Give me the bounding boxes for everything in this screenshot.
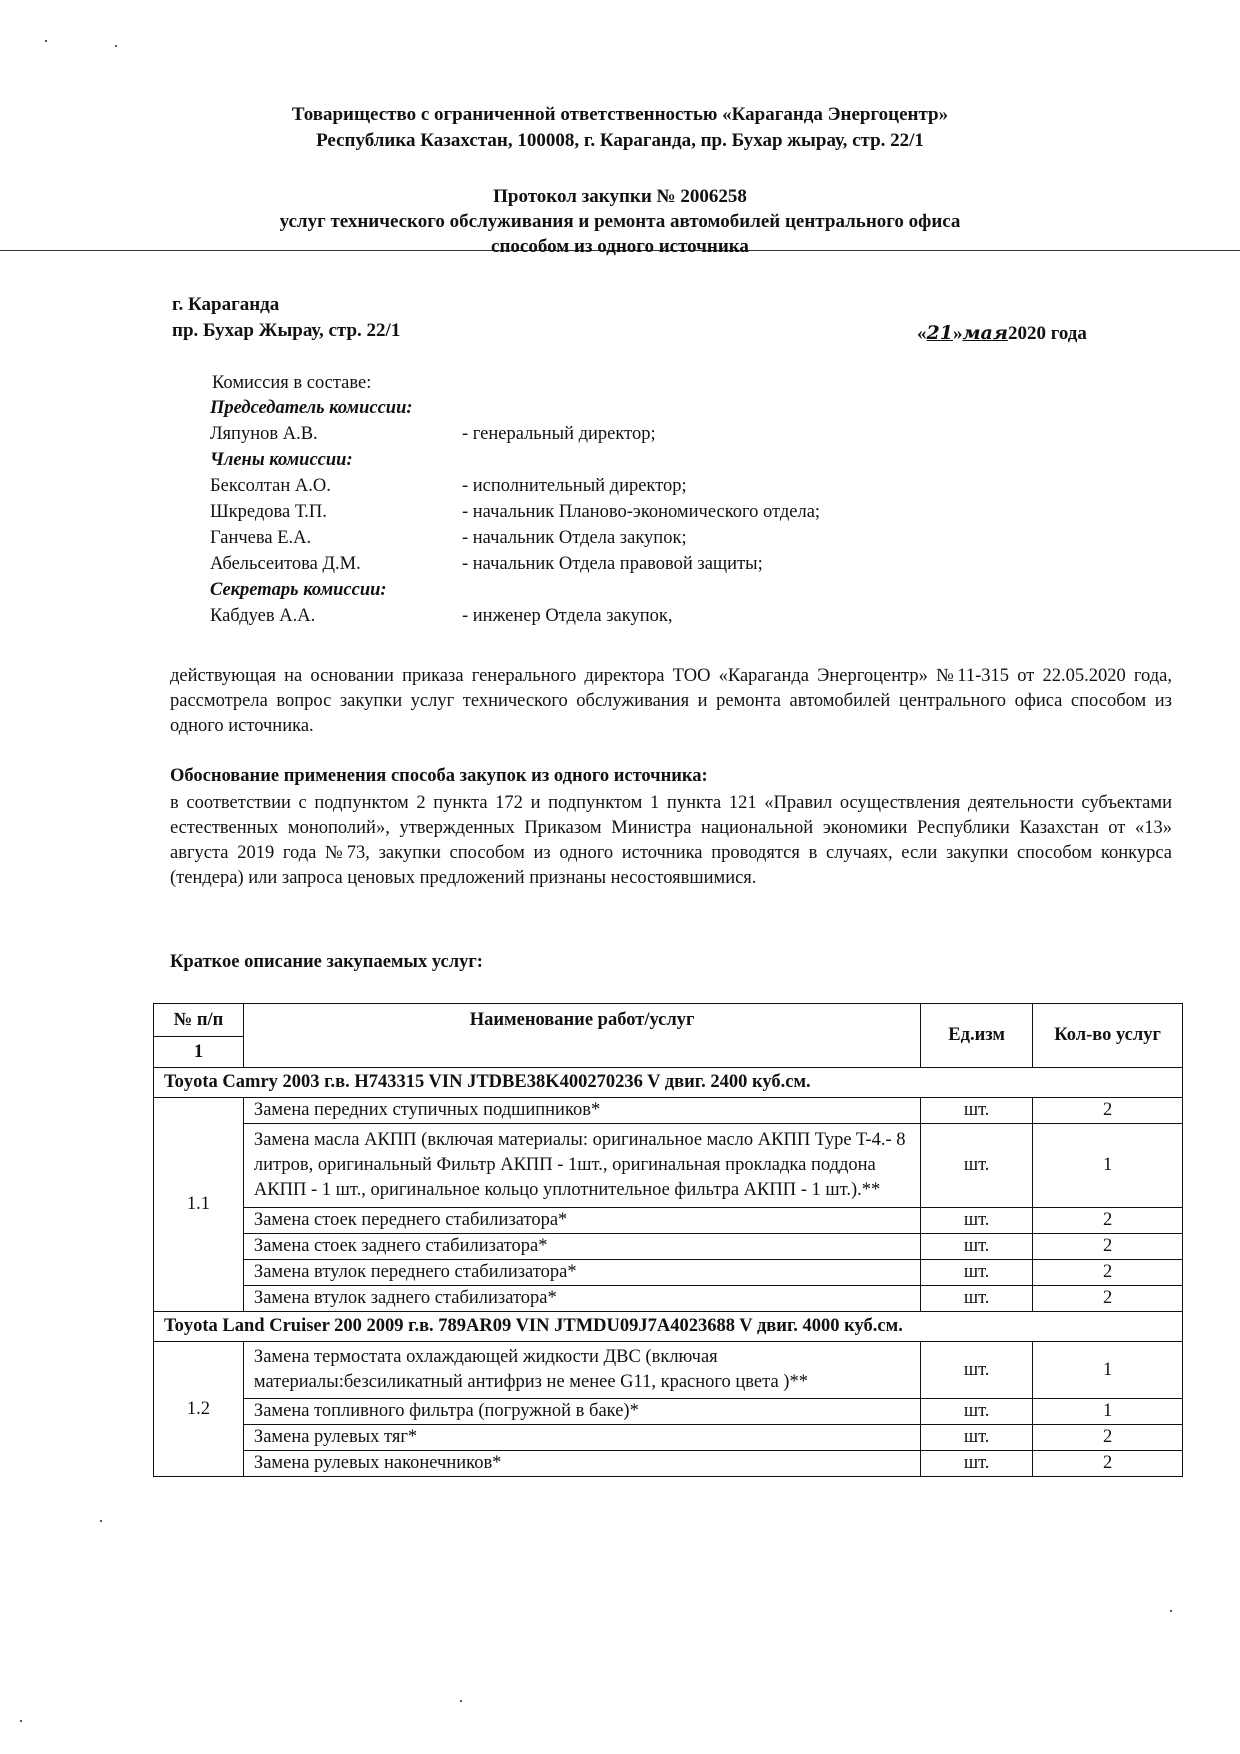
service-qty: 2	[1033, 1286, 1183, 1312]
justification-text: в соответствии с подпунктом 2 пункта 172…	[170, 791, 1172, 891]
service-qty: 2	[1033, 1260, 1183, 1286]
table-row: 1.1 Замена передних ступичных подшипнико…	[154, 1098, 1183, 1124]
service-unit: шт.	[921, 1260, 1033, 1286]
secretary-name: Кабдуев А.А.	[210, 606, 315, 627]
member-role: - начальник Отдела закупок;	[462, 528, 687, 549]
member-role: - исполнительный директор;	[462, 476, 687, 497]
service-unit: шт.	[921, 1098, 1033, 1124]
secretary-role: - инженер Отдела закупок,	[462, 606, 672, 627]
member-role: - начальник Отдела правовой защиты;	[462, 554, 763, 575]
services-table: № п/п Наименование работ/услуг Ед.изм Ко…	[153, 1003, 1183, 1477]
service-unit: шт.	[921, 1451, 1033, 1477]
service-unit: шт.	[921, 1208, 1033, 1234]
table-row: Замена стоек переднего стабилизатора* шт…	[154, 1208, 1183, 1234]
table-row: Замена рулевых наконечников* шт. 2	[154, 1451, 1183, 1477]
justification-heading: Обоснование применения способа закупок и…	[170, 766, 708, 787]
service-name: Замена термостата охлаждающей жидкости Д…	[243, 1342, 920, 1399]
service-unit: шт.	[921, 1342, 1033, 1399]
scan-speck	[460, 1700, 462, 1702]
service-unit: шт.	[921, 1124, 1033, 1208]
header-unit: Ед.изм	[921, 1004, 1033, 1068]
protocol-title: Протокол закупки № 2006258	[0, 186, 1240, 208]
service-unit: шт.	[921, 1234, 1033, 1260]
commission-intro: Комиссия в составе:	[212, 373, 371, 394]
member-name: Абельсеитова Д.М.	[210, 554, 361, 575]
commission-basis-paragraph: действующая на основании приказа генерал…	[170, 664, 1172, 739]
header-num-sub: 1	[154, 1037, 244, 1068]
service-unit: шт.	[921, 1399, 1033, 1425]
table-row: 1.2 Замена термостата охлаждающей жидкос…	[154, 1342, 1183, 1399]
protocol-date: «21»мая2020 года	[917, 322, 1087, 345]
header-qty: Кол-во услуг	[1033, 1004, 1183, 1068]
table-row: Замена топливного фильтра (погружной в б…	[154, 1399, 1183, 1425]
car-description: Toyota Land Cruiser 200 2009 г.в. 789AR0…	[154, 1312, 1183, 1342]
scan-speck	[45, 40, 47, 42]
scan-speck	[115, 45, 117, 47]
table-row: Замена стоек заднего стабилизатора* шт. …	[154, 1234, 1183, 1260]
car-row: Toyota Land Cruiser 200 2009 г.в. 789AR0…	[154, 1312, 1183, 1342]
service-name: Замена передних ступичных подшипников*	[243, 1098, 920, 1124]
car-row: Toyota Camry 2003 г.в. H743315 VIN JTDBE…	[154, 1068, 1183, 1098]
date-year: 2020 года	[1008, 323, 1087, 344]
place-city: г. Караганда	[172, 294, 279, 316]
service-name: Замена масла АКПП (включая материалы: ор…	[243, 1124, 920, 1208]
table-header-row: № п/п Наименование работ/услуг Ед.изм Ко…	[154, 1004, 1183, 1037]
scan-speck	[100, 1520, 102, 1522]
service-name: Замена стоек заднего стабилизатора*	[243, 1234, 920, 1260]
service-qty: 2	[1033, 1451, 1183, 1477]
member-name: Бексолтан А.О.	[210, 476, 331, 497]
group-number: 1.2	[154, 1342, 244, 1477]
service-unit: шт.	[921, 1286, 1033, 1312]
header-name: Наименование работ/услуг	[243, 1004, 920, 1068]
service-name: Замена стоек переднего стабилизатора*	[243, 1208, 920, 1234]
member-name: Шкредова Т.П.	[210, 502, 327, 523]
header-num: № п/п	[154, 1004, 244, 1037]
table-row: Замена рулевых тяг* шт. 2	[154, 1425, 1183, 1451]
table-row: Замена масла АКПП (включая материалы: ор…	[154, 1124, 1183, 1208]
chair-label: Председатель комиссии:	[210, 398, 413, 419]
scan-speck	[1170, 1610, 1172, 1612]
scan-speck	[20, 1720, 22, 1722]
service-qty: 2	[1033, 1098, 1183, 1124]
service-qty: 1	[1033, 1124, 1183, 1208]
service-name: Замена втулок заднего стабилизатора*	[243, 1286, 920, 1312]
service-unit: шт.	[921, 1425, 1033, 1451]
car-description: Toyota Camry 2003 г.в. H743315 VIN JTDBE…	[154, 1068, 1183, 1098]
service-qty: 2	[1033, 1208, 1183, 1234]
member-role: - начальник Планово-экономического отдел…	[462, 502, 820, 523]
service-name: Замена рулевых наконечников*	[243, 1451, 920, 1477]
table-row: Замена втулок заднего стабилизатора* шт.…	[154, 1286, 1183, 1312]
table-row: Замена втулок переднего стабилизатора* ш…	[154, 1260, 1183, 1286]
protocol-method: способом из одного источника	[0, 236, 1240, 258]
secretary-label: Секретарь комиссии:	[210, 580, 387, 601]
date-month: мая	[962, 322, 1008, 344]
protocol-subject: услуг технического обслуживания и ремонт…	[0, 211, 1240, 233]
org-address: Республика Казахстан, 100008, г. Караган…	[0, 130, 1240, 152]
service-qty: 2	[1033, 1234, 1183, 1260]
chair-role: - генеральный директор;	[462, 424, 656, 445]
place-street: пр. Бухар Жырау, стр. 22/1	[172, 320, 400, 342]
services-heading: Краткое описание закупаемых услуг:	[170, 952, 483, 973]
service-qty: 2	[1033, 1425, 1183, 1451]
service-name: Замена втулок переднего стабилизатора*	[243, 1260, 920, 1286]
service-qty: 1	[1033, 1399, 1183, 1425]
group-number: 1.1	[154, 1098, 244, 1312]
service-name: Замена рулевых тяг*	[243, 1425, 920, 1451]
service-qty: 1	[1033, 1342, 1183, 1399]
service-name: Замена топливного фильтра (погружной в б…	[243, 1399, 920, 1425]
org-name: Товарищество с ограниченной ответственно…	[0, 104, 1240, 126]
date-day: 21	[927, 322, 953, 344]
member-name: Ганчева Е.А.	[210, 528, 311, 549]
members-label: Члены комиссии:	[210, 450, 353, 471]
chair-name: Ляпунов А.В.	[210, 424, 318, 445]
